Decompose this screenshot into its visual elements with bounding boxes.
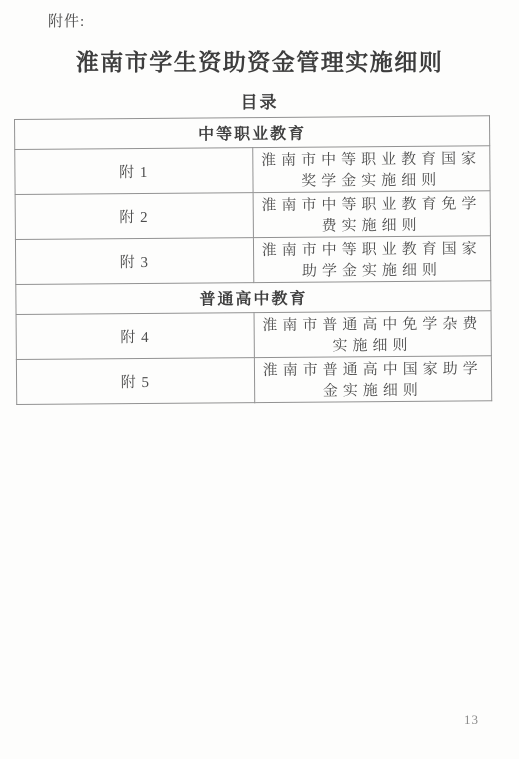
row-title-cell: 淮南市中等职业教育免学费实施细则 bbox=[253, 191, 491, 238]
section-header-row: 中等职业教育 bbox=[15, 116, 490, 150]
table-row: 附 4 淮南市普通高中免学杂费实施细则 bbox=[16, 311, 491, 360]
toc-heading: 目录 bbox=[0, 88, 519, 113]
row-number-cell: 附 3 bbox=[15, 238, 253, 285]
table-row: 附 2 淮南市中等职业教育免学费实施细则 bbox=[15, 191, 490, 240]
table-row: 附 5 淮南市普通高中国家助学金实施细则 bbox=[16, 356, 491, 405]
row-number-cell: 附 2 bbox=[15, 193, 253, 240]
row-title-cell: 淮南市普通高中国家助学金实施细则 bbox=[254, 356, 492, 403]
document-page: 附件: 淮南市学生资助资金管理实施细则 目录 中等职业教育 附 1 淮南市中等职… bbox=[0, 0, 519, 759]
table-row: 附 3 淮南市中等职业教育国家助学金实施细则 bbox=[15, 236, 490, 285]
table-row: 附 1 淮南市中等职业教育国家奖学金实施细则 bbox=[15, 146, 490, 195]
document-title: 淮南市学生资助资金管理实施细则 bbox=[0, 44, 519, 77]
page-number: 13 bbox=[464, 712, 479, 728]
row-title-cell: 淮南市中等职业教育国家奖学金实施细则 bbox=[252, 146, 490, 193]
section-header-row: 普通高中教育 bbox=[16, 281, 491, 315]
attachment-label: 附件: bbox=[48, 10, 85, 31]
toc-table: 中等职业教育 附 1 淮南市中等职业教育国家奖学金实施细则 附 2 淮南市中等职… bbox=[14, 115, 492, 405]
row-title-cell: 淮南市中等职业教育国家助学金实施细则 bbox=[253, 236, 491, 283]
row-title-cell: 淮南市普通高中免学杂费实施细则 bbox=[254, 311, 492, 358]
row-number-cell: 附 5 bbox=[16, 358, 254, 405]
section-header-cell: 普通高中教育 bbox=[16, 281, 491, 315]
row-number-cell: 附 4 bbox=[16, 313, 254, 360]
row-number-cell: 附 1 bbox=[15, 148, 253, 195]
section-header-cell: 中等职业教育 bbox=[15, 116, 490, 150]
